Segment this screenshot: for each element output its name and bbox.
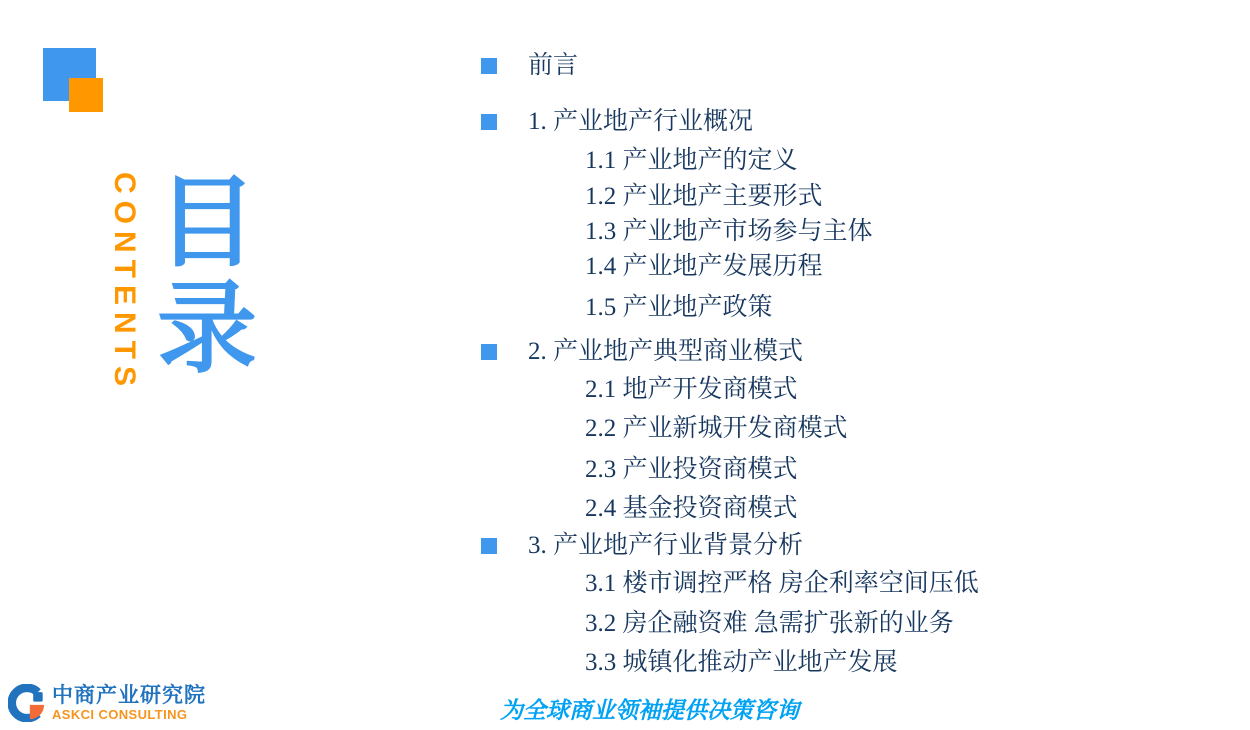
toc-item-3-1: 3.1 楼市调控严格 房企利率空间压低 — [478, 569, 1138, 599]
slide: CONTENTS 目录 前言 1. 产业地产行业概况 1.1 产业地产的定义 1… — [0, 0, 1250, 730]
toc-item-label: 1.4 产业地产发展历程 — [585, 253, 823, 280]
toc-item-1-3: 1.3 产业地产市场参与主体 — [478, 217, 1138, 247]
bullet-square-icon — [481, 538, 497, 554]
toc-item-label: 前言 — [528, 51, 578, 81]
toc-item-1-2: 1.2 产业地产主要形式 — [478, 182, 1138, 212]
toc-item-label: 3.1 楼市调控严格 房企利率空间压低 — [585, 570, 979, 597]
logo-company-name-en: ASKCI CONSULTING — [52, 707, 206, 722]
toc-item-label: 1. 产业地产行业概况 — [528, 107, 753, 137]
toc-item-2-3: 2.3 产业投资商模式 — [478, 455, 1138, 485]
toc-item-1-5: 1.5 产业地产政策 — [478, 293, 1138, 323]
bullet-square-icon — [481, 344, 497, 360]
toc-item-2-1: 2.1 地产开发商模式 — [478, 375, 1138, 405]
toc-item-section-3: 3. 产业地产行业背景分析 — [478, 531, 1138, 561]
toc-item-label: 2.2 产业新城开发商模式 — [585, 415, 848, 442]
toc-item-section-1: 1. 产业地产行业概况 — [478, 107, 1138, 137]
bullet-square-icon — [481, 114, 497, 130]
company-logo: 中商产业研究院 ASKCI CONSULTING — [8, 684, 206, 722]
toc-item-label: 3.2 房企融资难 急需扩张新的业务 — [585, 610, 954, 637]
toc-item-label: 2.4 基金投资商模式 — [585, 495, 798, 522]
toc-item-1-4: 1.4 产业地产发展历程 — [478, 252, 1138, 282]
toc-item-label: 2.3 产业投资商模式 — [585, 456, 798, 483]
toc-item-label: 2. 产业地产典型商业模式 — [528, 337, 803, 367]
toc-item-label: 2.1 地产开发商模式 — [585, 376, 798, 403]
toc-item-section-2: 2. 产业地产典型商业模式 — [478, 337, 1138, 367]
toc-item-label: 1.2 产业地产主要形式 — [585, 183, 823, 210]
toc-item-3-3: 3.3 城镇化推动产业地产发展 — [478, 648, 1138, 678]
page-title: 目录 — [157, 170, 261, 382]
toc-list: 前言 1. 产业地产行业概况 1.1 产业地产的定义 1.2 产业地产主要形式 … — [478, 0, 1138, 678]
toc-item-label: 1.5 产业地产政策 — [585, 294, 773, 321]
toc-item-preface: 前言 — [478, 51, 1138, 81]
footer-tagline: 为全球商业领袖提供决策咨询 — [500, 692, 799, 725]
toc-item-label: 1.1 产业地产的定义 — [585, 147, 798, 174]
toc-item-1-1: 1.1 产业地产的定义 — [478, 146, 1138, 176]
logo-company-name-cn: 中商产业研究院 — [52, 685, 206, 707]
toc-item-2-4: 2.4 基金投资商模式 — [478, 494, 1138, 524]
toc-item-label: 3.3 城镇化推动产业地产发展 — [585, 649, 898, 676]
toc-item-label: 1.3 产业地产市场参与主体 — [585, 218, 873, 245]
toc-item-label: 3. 产业地产行业背景分析 — [528, 531, 803, 561]
toc-item-3-2: 3.2 房企融资难 急需扩张新的业务 — [478, 609, 1138, 639]
contents-vertical-label: CONTENTS — [106, 172, 142, 393]
decor-orange-square-icon — [69, 78, 103, 112]
toc-item-2-2: 2.2 产业新城开发商模式 — [478, 414, 1138, 444]
logo-text: 中商产业研究院 ASKCI CONSULTING — [52, 685, 206, 722]
askci-logo-icon — [8, 684, 46, 722]
bullet-square-icon — [481, 58, 497, 74]
